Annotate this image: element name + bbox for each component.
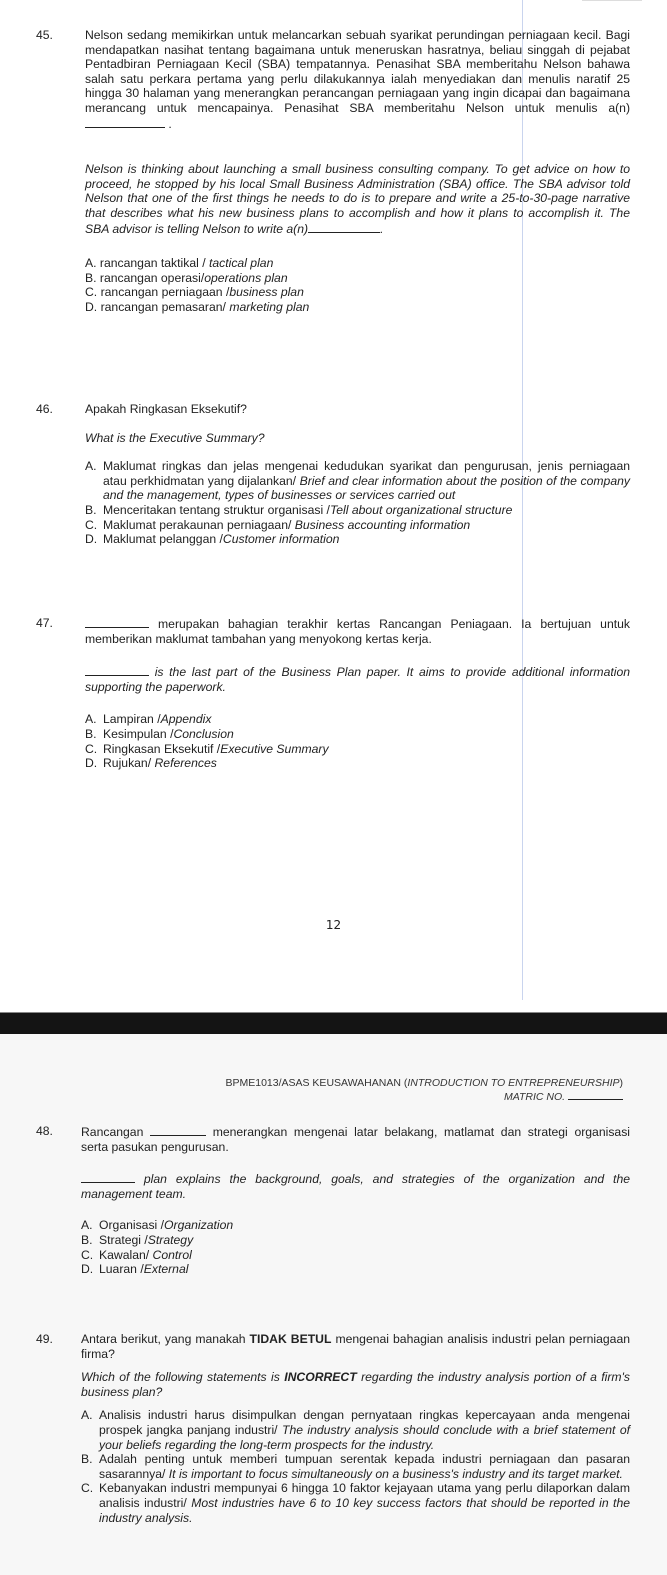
answer-blank — [81, 1171, 135, 1183]
question-46: 46. Apakah Ringkasan Eksekutif? What is … — [36, 402, 630, 547]
option-c[interactable]: C.Ringkasan Eksekutif /Executive Summary — [85, 742, 630, 757]
matric-number-field[interactable]: MATRIC NO. — [225, 1090, 623, 1104]
question-text-ms: Rancangan menerangkan mengenai latar bel… — [81, 1124, 630, 1154]
course-title: BPME1013/ASAS KEUSAWAHANAN (INTRODUCTION… — [225, 1077, 623, 1090]
option-a[interactable]: A. rancangan taktikal / tactical plan — [85, 256, 630, 271]
question-number: 48. — [36, 1124, 53, 1139]
answer-blank — [85, 116, 165, 128]
answer-blank — [85, 664, 149, 676]
exam-page-12: 45. Nelson sedang memikirkan untuk melan… — [0, 0, 667, 1012]
question-text-ms: Apakah Ringkasan Eksekutif? — [85, 402, 630, 417]
answer-blank — [150, 1124, 206, 1136]
question-45: 45. Nelson sedang memikirkan untuk melan… — [36, 28, 630, 315]
options-list: A.Organisasi /Organization B.Strategi /S… — [81, 1218, 630, 1276]
page-header: BPME1013/ASAS KEUSAWAHANAN (INTRODUCTION… — [225, 1077, 623, 1104]
question-text-en: plan explains the background, goals, and… — [81, 1171, 630, 1201]
top-edge-mark — [582, 0, 642, 1]
question-text-en: Which of the following statements is INC… — [81, 1370, 630, 1399]
question-48: 48. Rancangan menerangkan mengenai latar… — [36, 1124, 630, 1277]
question-49: 49. Antara berikut, yang manakah TIDAK B… — [36, 1332, 630, 1525]
question-number: 47. — [36, 616, 53, 631]
question-text-ms: Nelson sedang memikirkan untuk melancark… — [85, 28, 630, 131]
question-text-en: What is the Executive Summary? — [85, 431, 630, 446]
option-d[interactable]: D. rancangan pemasaran/ marketing plan — [85, 300, 630, 315]
option-b[interactable]: B.Kesimpulan /Conclusion — [85, 727, 630, 742]
option-b[interactable]: B.Menceritakan tentang struktur organisa… — [85, 503, 630, 518]
options-list: A.Analisis industri harus disimpulkan de… — [81, 1408, 630, 1525]
question-text-en: is the last part of the Business Plan pa… — [85, 664, 630, 694]
option-b[interactable]: B.Adalah penting untuk memberi tumpuan s… — [81, 1452, 630, 1481]
options-list: A.Maklumat ringkas dan jelas mengenai ke… — [85, 459, 630, 547]
page-number: 12 — [0, 918, 667, 932]
answer-blank — [85, 616, 149, 628]
question-number: 49. — [36, 1332, 53, 1347]
option-a[interactable]: A.Lampiran /Appendix — [85, 712, 630, 727]
option-b[interactable]: B. rancangan operasi/operations plan — [85, 271, 630, 286]
question-47: 47. merupakan bahagian terakhir kertas R… — [36, 616, 630, 771]
question-text-ms: merupakan bahagian terakhir kertas Ranca… — [85, 616, 630, 646]
question-number: 46. — [36, 402, 53, 417]
question-number: 45. — [36, 28, 53, 43]
option-a[interactable]: A.Analisis industri harus disimpulkan de… — [81, 1408, 630, 1452]
option-c[interactable]: C. rancangan perniagaan /business plan — [85, 285, 630, 300]
option-d[interactable]: D.Rujukan/ References — [85, 756, 630, 771]
question-text-en: Nelson is thinking about launching a sma… — [85, 162, 630, 236]
options-list: A. rancangan taktikal / tactical plan B.… — [85, 256, 630, 314]
option-b[interactable]: B.Strategi /Strategy — [81, 1233, 630, 1248]
option-a[interactable]: A.Organisasi /Organization — [81, 1218, 630, 1233]
page-divider — [0, 1012, 667, 1034]
option-c[interactable]: C.Maklumat perakaunan perniagaan/ Busine… — [85, 518, 630, 533]
answer-blank — [308, 221, 380, 233]
option-a[interactable]: A.Maklumat ringkas dan jelas mengenai ke… — [85, 459, 630, 503]
question-text-ms: Antara berikut, yang manakah TIDAK BETUL… — [81, 1332, 630, 1361]
option-d[interactable]: D.Maklumat pelanggan /Customer informati… — [85, 532, 630, 547]
option-c[interactable]: C.Kebanyakan industri mempunyai 6 hingga… — [81, 1481, 630, 1525]
option-c[interactable]: C.Kawalan/ Control — [81, 1248, 630, 1263]
options-list: A.Lampiran /Appendix B.Kesimpulan /Concl… — [85, 712, 630, 770]
option-d[interactable]: D.Luaran /External — [81, 1262, 630, 1277]
